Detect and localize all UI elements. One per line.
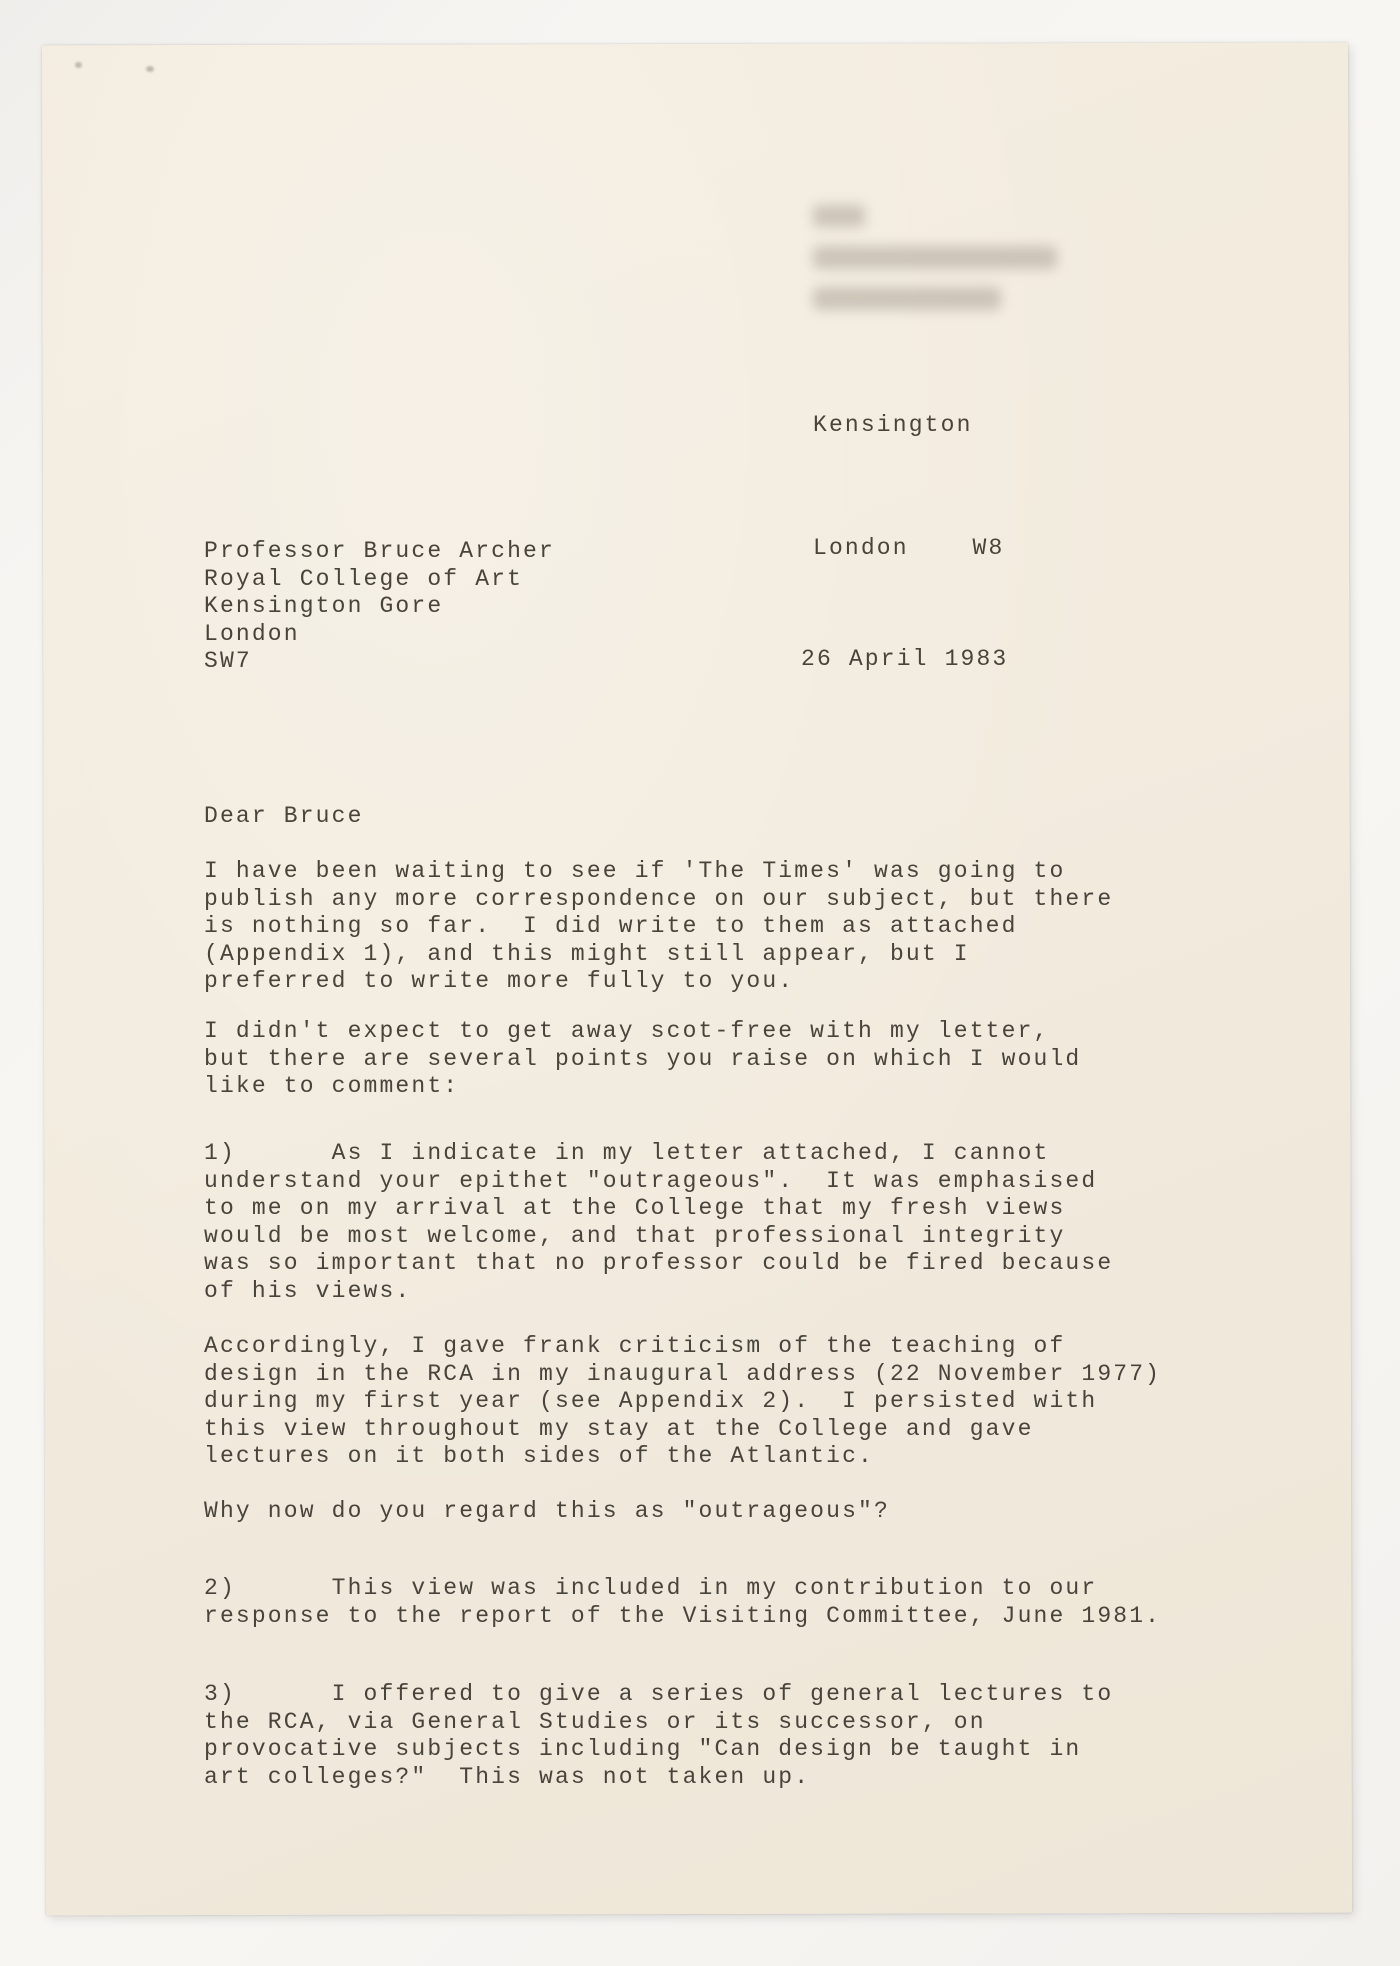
redacted-text-line <box>813 246 1057 269</box>
paragraph-5-question: Why now do you regard this as "outrageou… <box>204 1498 890 1526</box>
letterhead-address: Kensington London W8 <box>813 323 1004 651</box>
paragraph-3-point-1: 1) As I indicate in my letter attached, … <box>204 1140 1113 1305</box>
letterhead-city-line: London W8 <box>813 528 1004 569</box>
paragraph-2: I didn't expect to get away scot-free wi… <box>204 1018 1081 1101</box>
recipient-address: Professor Bruce Archer Royal College of … <box>204 538 555 676</box>
paragraph-6-point-2: 2) This view was included in my contribu… <box>204 1575 1161 1630</box>
redacted-text-line <box>813 205 865 227</box>
scan-speckle <box>146 66 154 72</box>
scan-background: Kensington London W8 Professor Bruce Arc… <box>0 0 1400 1966</box>
salutation: Dear Bruce <box>204 803 364 831</box>
paragraph-1: I have been waiting to see if 'The Times… <box>204 858 1113 996</box>
letter-date: 26 April 1983 <box>801 646 1008 674</box>
redacted-text-line <box>813 287 1001 310</box>
scan-speckle <box>75 62 82 68</box>
letterhead-district: Kensington <box>813 405 1004 446</box>
paragraph-4: Accordingly, I gave frank criticism of t… <box>204 1333 1161 1471</box>
paragraph-7-point-3: 3) I offered to give a series of general… <box>204 1681 1113 1791</box>
